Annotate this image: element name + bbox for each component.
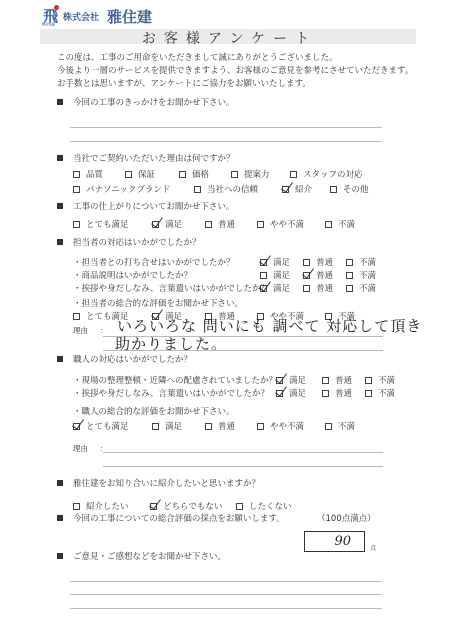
checkbox[interactable]	[73, 313, 80, 320]
company-name: 雅住建	[107, 6, 152, 27]
option-label: スタッフの対応	[303, 168, 363, 180]
option-very-satisfied[interactable]: とても満足	[73, 218, 129, 230]
option-label: やや不満	[270, 218, 304, 230]
option-dissatisfied[interactable]: 不満	[346, 269, 376, 281]
bullet-square-icon	[57, 515, 63, 521]
option-label: 普通	[316, 269, 333, 281]
checkbox[interactable]	[179, 171, 186, 178]
checkbox[interactable]	[346, 259, 353, 266]
checkbox[interactable]	[125, 171, 132, 178]
checkbox-checked[interactable]	[260, 259, 267, 266]
score-note: （100点満点）	[317, 512, 376, 524]
checkbox[interactable]	[194, 186, 201, 193]
option-satisfied[interactable]: 満足	[260, 256, 290, 268]
option-dissatisfied[interactable]: 不満	[346, 282, 376, 294]
checkbox-checked[interactable]	[260, 285, 267, 292]
checkbox[interactable]	[73, 186, 80, 193]
bullet-square-icon	[57, 155, 63, 161]
option-label: 当社への信頼	[207, 183, 258, 195]
option-somewhat-dissatisfied[interactable]: やや不満	[257, 420, 304, 432]
option-label: 不満	[338, 218, 355, 230]
option-label: 満足	[273, 256, 290, 268]
option-satisfied[interactable]: 満足	[152, 218, 182, 230]
option-panasonic[interactable]: パナソニックブランド	[73, 183, 170, 195]
question-label: 職人の対応はいかがでしたか？	[73, 353, 192, 365]
answer-line[interactable]	[103, 466, 383, 467]
score-unit: 点	[370, 543, 376, 552]
option-label: 普通	[316, 256, 333, 268]
bullet-square-icon	[57, 356, 63, 362]
option-dont-want[interactable]: したくない	[236, 500, 292, 512]
company-prefix: 株式会社	[63, 10, 99, 23]
sub-question: ・担当者との打ち合せはいかがでしたか？	[73, 256, 235, 268]
option-want-refer[interactable]: 紹介したい	[73, 500, 129, 512]
intro-line: この度は、工事のご用命をいただきまして誠にありがとうございました。	[57, 51, 338, 63]
option-warranty[interactable]: 保証	[125, 168, 155, 180]
question-craftsman: 職人の対応はいかがでしたか？	[57, 353, 192, 365]
checkbox-checked[interactable]	[276, 390, 283, 397]
checkbox[interactable]	[290, 171, 297, 178]
bullet-square-icon	[57, 553, 63, 559]
sub-question: ・現場の整理整頓・近隣への配慮されていましたか？	[73, 374, 277, 386]
score-value[interactable]: 90	[304, 531, 365, 552]
option-dissatisfied[interactable]: 不満	[325, 218, 355, 230]
bullet-square-icon	[57, 239, 63, 245]
sub-question: ・商品説明はいかがでしたか？	[73, 269, 192, 281]
question-label: 当社でご契約いただいた理由は何ですか？	[73, 152, 235, 164]
option-label: 紹介したい	[86, 500, 129, 512]
option-label: 満足	[165, 218, 182, 230]
option-label: とても満足	[86, 420, 129, 432]
question-contract-reason: 当社でご契約いただいた理由は何ですか？	[57, 152, 235, 164]
reason-colon: ：	[100, 325, 108, 336]
checkbox-checked[interactable]	[303, 272, 310, 279]
option-staff[interactable]: スタッフの対応	[290, 168, 363, 180]
answer-line[interactable]	[70, 594, 382, 595]
option-label: 普通	[335, 374, 352, 386]
option-normal[interactable]: 普通	[205, 218, 235, 230]
option-label: 普通	[316, 282, 333, 294]
option-very-satisfied[interactable]: とても満足	[73, 420, 129, 432]
reason-label: 理由	[73, 325, 88, 336]
logo-subtext: MIYABI	[42, 22, 55, 27]
option-label: 不満	[378, 387, 395, 399]
sub-question: ・挨拶や身だしなみ、言葉遣いはいかがでしたか？	[73, 282, 269, 294]
option-dissatisfied[interactable]: 不満	[325, 420, 355, 432]
option-label: 不満	[359, 282, 376, 294]
checkbox[interactable]	[325, 423, 332, 430]
checkbox[interactable]	[73, 221, 80, 228]
question-comments: ご意見・ご感想などをお聞かせ下さい。	[57, 550, 226, 562]
checkbox[interactable]	[231, 171, 238, 178]
company-logo: 飛 MIYABI	[43, 6, 59, 24]
checkbox[interactable]	[365, 377, 372, 384]
option-normal[interactable]: 普通	[303, 269, 333, 281]
checkbox[interactable]	[205, 221, 212, 228]
checkbox[interactable]	[325, 221, 332, 228]
question-finish: 工事の仕上がりについてお聞かせ下さい。	[57, 200, 234, 212]
option-satisfied[interactable]: 満足	[152, 420, 182, 432]
option-label: 満足	[289, 374, 306, 386]
checkbox[interactable]	[257, 221, 264, 228]
answer-line[interactable]	[70, 581, 382, 582]
bullet-square-icon	[57, 203, 63, 209]
question-trigger: 今回の工事のきっかけをお聞かせ下さい。	[57, 96, 235, 108]
checkbox[interactable]	[303, 285, 310, 292]
option-label: したくない	[249, 500, 292, 512]
question-label: 工事の仕上がりについてお聞かせ下さい。	[73, 200, 234, 212]
option-price[interactable]: 価格	[179, 168, 209, 180]
question-referral: 雅住建をお知り合いに紹介したいと思いますか？	[57, 477, 260, 489]
answer-line[interactable]	[70, 127, 382, 128]
checkbox-checked[interactable]	[282, 186, 289, 193]
option-label: 満足	[289, 387, 306, 399]
option-label: 品質	[86, 168, 103, 180]
option-somewhat-dissatisfied[interactable]: やや不満	[257, 218, 304, 230]
bullet-square-icon	[57, 480, 63, 486]
option-dissatisfied[interactable]: 不満	[365, 387, 395, 399]
option-referral[interactable]: 紹介	[282, 183, 312, 195]
option-label: 不満	[338, 420, 355, 432]
option-label: 普通	[218, 218, 235, 230]
option-label: その他	[343, 183, 369, 195]
page-title: お客様アンケート	[0, 28, 459, 48]
option-label: やや不満	[270, 420, 304, 432]
checkbox[interactable]	[346, 285, 353, 292]
logo-dot-icon	[54, 5, 59, 10]
option-label: 紹介	[295, 183, 312, 195]
sub-question: ・挨拶や身だしなみ、言葉遣いはいかがでしたか？	[73, 387, 269, 399]
option-quality[interactable]: 品質	[73, 168, 103, 180]
checkbox[interactable]	[322, 390, 329, 397]
answer-line[interactable]	[70, 141, 382, 142]
question-label: 担当者の対応はいかがでしたか？	[73, 236, 201, 248]
reason-label: 理由	[73, 443, 88, 454]
checkbox[interactable]	[236, 503, 243, 510]
option-satisfied[interactable]: 満足	[260, 282, 290, 294]
intro-line: 今後より一層のサービスを提供できますよう、お客様のご意見を参考にさせていただきま…	[57, 64, 413, 76]
option-dissatisfied[interactable]: 不満	[346, 256, 376, 268]
option-neither[interactable]: どちらでもない	[150, 500, 222, 512]
option-label: 満足	[273, 269, 290, 281]
question-label: 今回の工事についての総合評価の採点をお願いします。	[73, 512, 285, 524]
checkbox[interactable]	[73, 503, 80, 510]
option-normal[interactable]: 普通	[322, 387, 352, 399]
question-score: 今回の工事についての総合評価の採点をお願いします。	[57, 512, 285, 524]
answer-line[interactable]	[103, 452, 383, 453]
checkbox[interactable]	[257, 423, 264, 430]
question-staff: 担当者の対応はいかがでしたか？	[57, 236, 201, 248]
checkbox-checked[interactable]	[73, 423, 80, 430]
option-label: 不満	[359, 269, 376, 281]
option-label: 提案力	[244, 168, 270, 180]
option-label: どちらでもない	[163, 500, 222, 512]
option-other[interactable]: その他	[330, 183, 369, 195]
checkbox[interactable]	[346, 272, 353, 279]
checkbox[interactable]	[365, 390, 372, 397]
option-label: 満足	[165, 420, 182, 432]
intro-line: お手数とは思いますが、アンケートにご協力をお願いいたします。	[57, 77, 311, 89]
question-label: ご意見・ご感想などをお聞かせ下さい。	[73, 550, 226, 562]
answer-line[interactable]	[70, 608, 382, 609]
checkbox[interactable]	[322, 377, 329, 384]
option-label: 普通	[335, 387, 352, 399]
answer-line	[103, 350, 383, 351]
checkbox[interactable]	[73, 171, 80, 178]
checkbox[interactable]	[205, 423, 212, 430]
option-label: 不満	[378, 374, 395, 386]
question-label: 雅住建をお知り合いに紹介したいと思いますか？	[73, 477, 260, 489]
bullet-square-icon	[57, 99, 63, 105]
overall-craftsman-question: ・職人の総合的な評価をお聞かせ下さい。	[73, 405, 235, 417]
option-label: 普通	[218, 420, 235, 432]
option-label: パナソニックブランド	[86, 183, 170, 195]
checkbox[interactable]	[330, 186, 337, 193]
option-label: 保証	[138, 168, 155, 180]
option-satisfied[interactable]: 満足	[276, 387, 306, 399]
option-label: 満足	[273, 282, 290, 294]
checkbox-checked[interactable]	[152, 221, 159, 228]
option-normal[interactable]: 普通	[205, 420, 235, 432]
option-label: とても満足	[86, 218, 129, 230]
option-normal[interactable]: 普通	[322, 374, 352, 386]
option-trust[interactable]: 当社への信頼	[194, 183, 258, 195]
option-normal[interactable]: 普通	[303, 282, 333, 294]
option-label: 不満	[359, 256, 376, 268]
option-dissatisfied[interactable]: 不満	[365, 374, 395, 386]
checkbox[interactable]	[152, 423, 159, 430]
checkbox-checked[interactable]	[150, 503, 157, 510]
option-label: 価格	[192, 168, 209, 180]
option-proposal[interactable]: 提案力	[231, 168, 270, 180]
question-label: 今回の工事のきっかけをお聞かせ下さい。	[73, 96, 235, 108]
